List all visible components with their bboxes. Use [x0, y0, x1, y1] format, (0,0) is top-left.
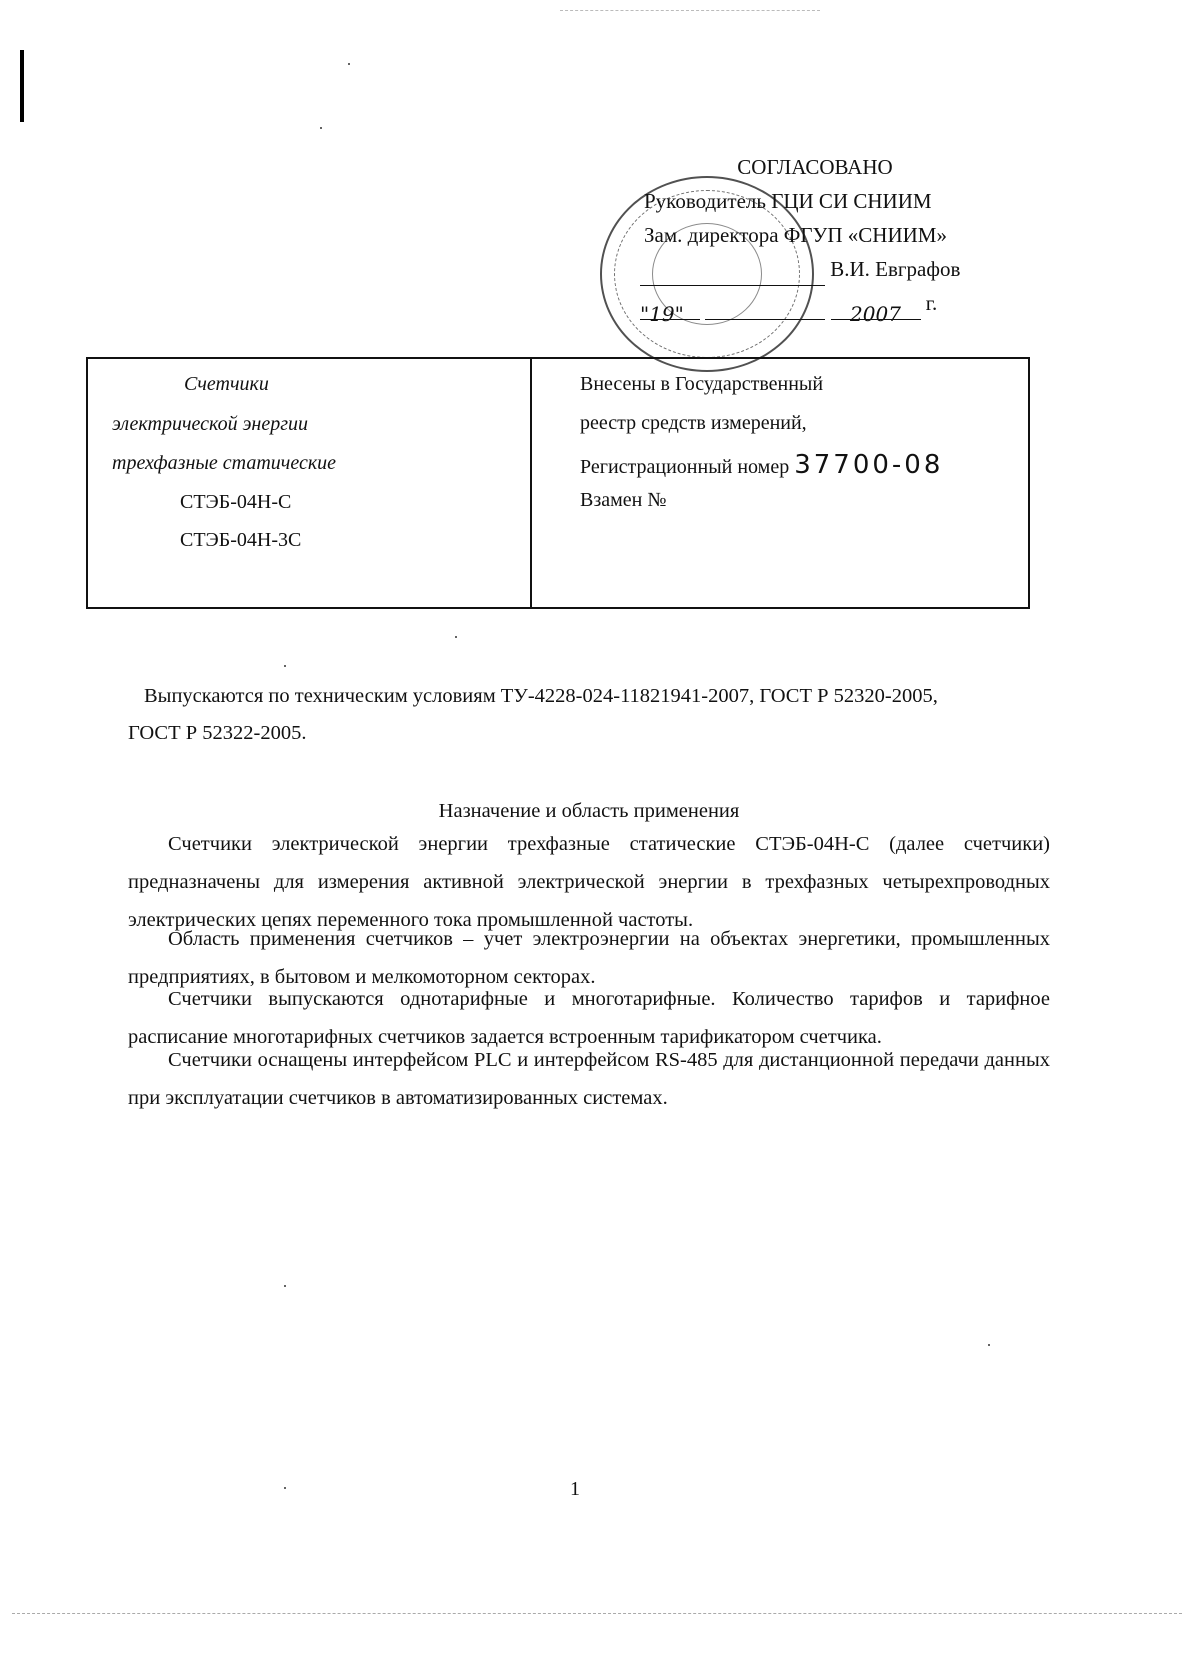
signature-line	[640, 263, 825, 286]
device-name-line1: Счетчики	[184, 373, 269, 396]
scan-speck	[988, 1344, 990, 1346]
scan-speck	[455, 636, 457, 638]
scan-speck	[284, 665, 286, 667]
approval-position-line1: Руководитель ГЦИ СИ СНИИМ	[644, 184, 980, 218]
device-model-2: СТЭБ-04Н-3С	[180, 529, 301, 552]
scan-artifact-bar	[20, 50, 24, 122]
signer-name: В.И. Евграфов	[830, 257, 960, 281]
registry-table: Счетчики электрической энергии трехфазны…	[86, 357, 1030, 609]
date-year: 2007	[831, 297, 921, 320]
registration-number-label: Регистрационный номер	[580, 456, 789, 478]
date-suffix: г.	[926, 291, 938, 315]
device-name-line2: электрической энергии	[112, 413, 308, 436]
scan-speck	[348, 63, 350, 65]
page-number: 1	[570, 1478, 580, 1501]
spec-line-2: ГОСТ Р 52322-2005.	[128, 714, 1050, 752]
registry-table-device-cell: Счетчики электрической энергии трехфазны…	[88, 359, 532, 607]
date-day: "19"	[640, 297, 700, 320]
registration-number-row: Регистрационный номер 37700-08	[580, 450, 943, 480]
scan-artifact-bottom-edge	[12, 1613, 1182, 1614]
approval-block: СОГЛАСОВАНО Руководитель ГЦИ СИ СНИИМ За…	[640, 150, 980, 320]
registry-table-registration-cell: Внесены в Государственный реестр средств…	[532, 359, 1028, 607]
approval-position-line2: Зам. директора ФГУП «СНИИМ»	[644, 218, 980, 252]
registry-line1: Внесены в Государственный	[580, 373, 823, 396]
spec-line-1: Выпускаются по техническим условиям ТУ-4…	[144, 677, 1050, 715]
scan-artifact-top-edge	[560, 10, 820, 11]
signature-row: В.И. Евграфов	[640, 252, 980, 286]
device-name-line3: трехфазные статические	[112, 452, 336, 475]
date-month-line	[705, 297, 825, 320]
approval-title: СОГЛАСОВАНО	[640, 150, 980, 184]
device-model-1: СТЭБ-04Н-С	[180, 491, 291, 514]
scan-speck	[284, 1285, 286, 1287]
paragraph-interfaces: Счетчики оснащены интерфейсом PLC и инте…	[128, 1041, 1050, 1117]
scan-speck	[320, 127, 322, 129]
section-heading: Назначение и область применения	[128, 800, 1050, 823]
scan-speck	[284, 1487, 286, 1489]
registration-number-value: 37700-08	[794, 450, 943, 480]
registry-line2: реестр средств измерений,	[580, 412, 807, 435]
date-row: "19" 2007 г.	[640, 286, 980, 320]
replaces-number: Взамен №	[580, 489, 666, 512]
